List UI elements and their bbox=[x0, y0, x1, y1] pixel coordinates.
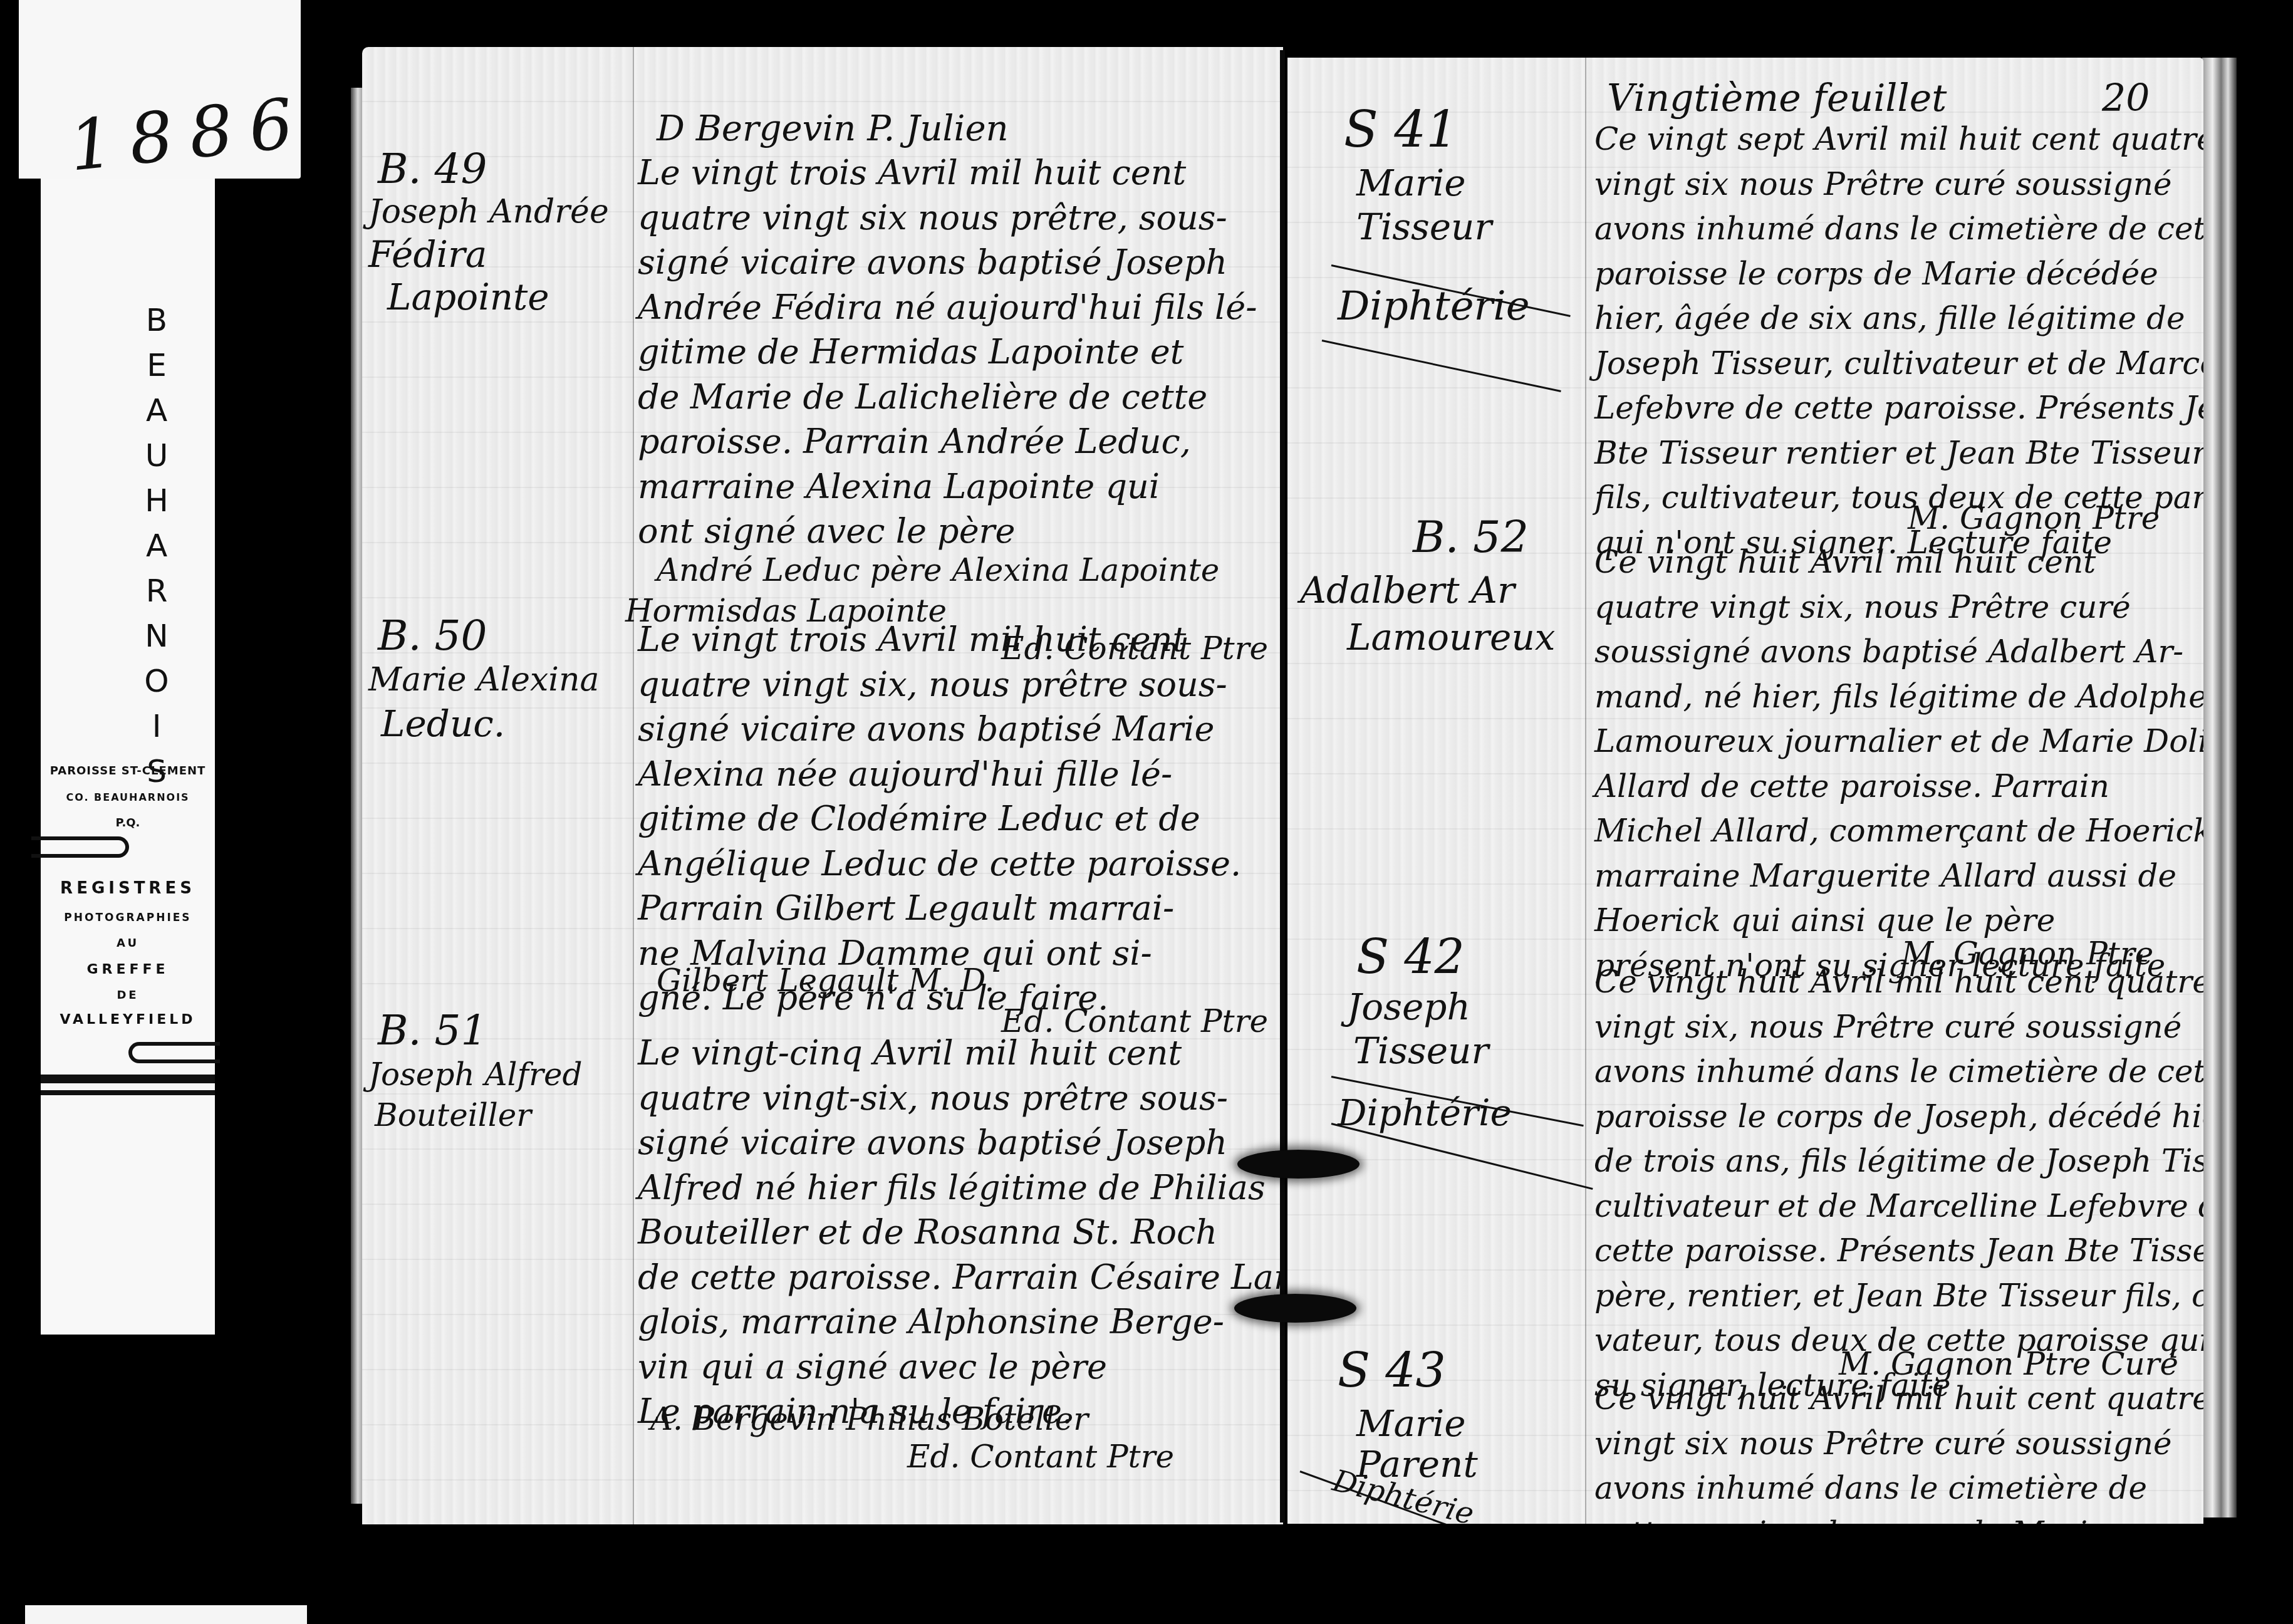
body-line: vingt six nous Prêtre curé soussigné bbox=[1594, 1422, 2203, 1467]
town-name-vertical: B E A U H A R N O I S bbox=[138, 298, 175, 794]
folio-header: Vingtième feuillet bbox=[1607, 76, 1947, 121]
archive-label-strip: B E A U H A R N O I S PAROISSE ST-CLEMEN… bbox=[41, 179, 215, 1335]
priest-signature: Ed. Contant Ptre bbox=[907, 1435, 1174, 1479]
body-line: signé vicaire avons baptisé Joseph bbox=[638, 240, 1257, 285]
body-line: mand, né hier, fils légitime de Adolphe bbox=[1594, 675, 2203, 720]
entry-name: Leduc. bbox=[381, 702, 505, 746]
body-line: Lamoureux journalier et de Marie Dolia bbox=[1594, 719, 2203, 764]
signature: André Leduc père Alexina Lapointe bbox=[657, 548, 1219, 593]
body-line: marraine Marguerite Allard aussi de bbox=[1594, 854, 2203, 899]
body-line: quatre vingt six, nous Prêtre curé bbox=[1594, 585, 2203, 630]
body-line: quatre vingt six nous prêtre, sous- bbox=[638, 195, 1257, 241]
province-label: P.Q. bbox=[41, 816, 215, 830]
letter: E bbox=[147, 343, 167, 388]
body-line: Ce vingt sept Avril mil huit cent quatre bbox=[1594, 117, 2203, 162]
body-line: père, rentier, et Jean Bte Tisseur fils,… bbox=[1594, 1274, 2203, 1319]
entry-number: B. 51 bbox=[378, 1009, 487, 1053]
entry-number: B. 52 bbox=[1413, 515, 1529, 559]
parish-label: PAROISSE ST-CLEMENT bbox=[41, 764, 215, 778]
body-line: avons inhumé dans le cimetière de bbox=[1594, 1466, 2203, 1511]
entry-number: S 41 bbox=[1344, 108, 1458, 152]
letter: A bbox=[146, 523, 167, 568]
letter: U bbox=[145, 433, 169, 478]
body-line: paroisse. Parrain Andrée Leduc, bbox=[638, 419, 1257, 464]
body-line: Le vingt-cinq Avril mil huit cent bbox=[638, 1031, 1283, 1076]
de-label: DE bbox=[41, 989, 215, 1002]
entry-name: Joseph Andrée bbox=[368, 190, 609, 234]
cause-of-death: Diphtérie bbox=[1338, 1091, 1512, 1134]
body-line: Andrée Fédira né aujourd'hui fils lé- bbox=[638, 285, 1257, 330]
top-note: D Bergevin P. Julien bbox=[657, 107, 1009, 151]
body-line: vingt six, nous Prêtre curé soussigné bbox=[1594, 1005, 2203, 1050]
photographies-label: PHOTOGRAPHIES bbox=[41, 912, 215, 924]
body-line: vingt six nous Prêtre curé soussigné bbox=[1594, 162, 2203, 207]
body-line: ont signé avec le père bbox=[638, 509, 1257, 554]
body-line: Le vingt trois Avril mil huit cent bbox=[638, 150, 1257, 195]
au-label: AU bbox=[41, 937, 215, 950]
body-line: marraine Alexina Lapointe qui bbox=[638, 464, 1257, 509]
body-line: Bte Tisseur rentier et Jean Bte Tisseur bbox=[1594, 431, 2203, 476]
body-line: cultivateur et de Marcelline Lefebvre de bbox=[1594, 1184, 2203, 1229]
body-line: quatre vingt six, nous prêtre sous- bbox=[638, 662, 1241, 707]
body-line: paroisse le corps de Marie décédée bbox=[1594, 252, 2203, 297]
county-label: CO. BEAUHARNOIS bbox=[41, 791, 215, 803]
year-label-card: 1886 bbox=[19, 0, 301, 179]
entry-body: Ce vingt huit Avril mil huit cent quatre… bbox=[1594, 1377, 2203, 1524]
entry-name: Fédira bbox=[368, 232, 487, 276]
body-line: Joseph Tisseur, cultivateur et de Marcel… bbox=[1594, 341, 2203, 387]
entry-body: Ce vingt huit Avril mil huit cent quatre… bbox=[1594, 540, 2203, 988]
entry-name: Marie bbox=[1356, 1402, 1466, 1445]
entry-name: Lamoureux bbox=[1347, 615, 1555, 659]
body-line: cette paroisse. Présents Jean Bte Tisseu… bbox=[1594, 1229, 2203, 1274]
body-line: Lefebvre de cette paroisse. Présents Jea… bbox=[1594, 386, 2203, 431]
entry-body: Ce vingt huit Avril mil huit cent quatre… bbox=[1594, 960, 2203, 1408]
entry-name: Bouteiller bbox=[375, 1093, 531, 1137]
priest-signature: M. Gagnon Ptre bbox=[1908, 496, 2160, 541]
body-line: soussigné avons baptisé Adalbert Ar- bbox=[1594, 630, 2203, 675]
entry-number: S 43 bbox=[1338, 1348, 1446, 1392]
body-line: glois, marraine Alphonsine Berge- bbox=[638, 1299, 1283, 1345]
margin-rule bbox=[633, 47, 634, 1524]
left-page: D Bergevin P. Julien B. 49 Joseph Andrée… bbox=[362, 47, 1283, 1524]
body-line: avons inhumé dans le cimetière de cette bbox=[1594, 1049, 2203, 1095]
entry-number: B. 50 bbox=[378, 614, 487, 658]
body-line: gitime de Hermidas Lapointe et bbox=[638, 330, 1257, 375]
body-line: signé vicaire avons baptisé Joseph bbox=[638, 1120, 1283, 1165]
letter: H bbox=[145, 478, 169, 523]
entry-name: Tisseur bbox=[1353, 1029, 1489, 1073]
body-line: vin qui a signé avec le père bbox=[638, 1345, 1283, 1390]
entry-name: Adalbert Ar bbox=[1300, 568, 1515, 612]
body-line: de cette paroisse. Parrain Césaire Lan- bbox=[638, 1255, 1283, 1300]
body-line: Ce vingt huit Avril mil huit cent quatre bbox=[1594, 960, 2203, 1005]
right-page-edge bbox=[2202, 58, 2237, 1517]
entry-name: Lapointe bbox=[387, 275, 549, 319]
body-line: quatre vingt-six, nous prêtre sous- bbox=[638, 1076, 1283, 1121]
cause-of-death: Diphtérie bbox=[1338, 283, 1530, 330]
body-line: Alfred né hier fils légitime de Philias bbox=[638, 1165, 1283, 1210]
letter: R bbox=[146, 568, 168, 613]
body-line: Alexina née aujourd'hui fille lé- bbox=[638, 752, 1241, 797]
binder-clip bbox=[1234, 1294, 1356, 1323]
body-line: Angélique Leduc de cette paroisse. bbox=[638, 841, 1241, 887]
body-line: Parrain Gilbert Legault marrai- bbox=[638, 886, 1241, 931]
right-page: Vingtième feuillet 20 S 41 Marie Tisseur… bbox=[1287, 58, 2203, 1524]
cause-underline bbox=[1322, 340, 1561, 392]
letter: N bbox=[145, 613, 168, 658]
letter: A bbox=[146, 388, 167, 433]
letter: O bbox=[144, 658, 169, 704]
entry-name: Joseph Alfred bbox=[368, 1053, 583, 1096]
entry-name: Marie bbox=[1356, 161, 1466, 205]
body-line: Michel Allard, commerçant de Hoerick, bbox=[1594, 809, 2203, 854]
body-line: avons inhumé dans le cimetière de cette bbox=[1594, 207, 2203, 252]
entry-number: B. 49 bbox=[378, 147, 487, 191]
binding-band bbox=[41, 1090, 215, 1095]
body-line: de trois ans, fils légitime de Joseph Ti… bbox=[1594, 1139, 2203, 1184]
body-line: signé vicaire avons baptisé Marie bbox=[638, 707, 1241, 752]
signature: Gilbert Legault M. D. bbox=[657, 959, 994, 1003]
body-line: cette paroisse le corps de Marie bbox=[1594, 1511, 2203, 1524]
body-line: hier, âgée de six ans, fille légitime de bbox=[1594, 296, 2203, 341]
greffe-label: GREFFE bbox=[41, 962, 215, 977]
entry-body: Le vingt trois Avril mil huit cent quatr… bbox=[638, 150, 1257, 554]
body-line: Ce vingt huit Avril mil huit cent bbox=[1594, 540, 2203, 585]
body-line: Le vingt trois Avril mil huit cent bbox=[638, 617, 1241, 662]
entry-number: S 42 bbox=[1356, 935, 1465, 979]
year-label: 1886 bbox=[65, 81, 313, 186]
entry-name: Joseph bbox=[1347, 985, 1470, 1029]
body-line: Bouteiller et de Rosanna St. Roch bbox=[638, 1210, 1283, 1255]
entry-body: Le vingt-cinq Avril mil huit cent quatre… bbox=[638, 1031, 1283, 1434]
bottom-label-strip bbox=[25, 1605, 307, 1624]
binder-clip bbox=[1237, 1150, 1360, 1179]
city-label: VALLEYFIELD bbox=[41, 1012, 215, 1028]
paperclip-icon bbox=[128, 1042, 220, 1063]
body-line: Allard de cette paroisse. Parrain bbox=[1594, 764, 2203, 809]
body-line: de Marie de Lalichelière de cette bbox=[638, 375, 1257, 420]
entry-name: Marie Alexina bbox=[368, 658, 599, 702]
entry-name: Tisseur bbox=[1356, 205, 1492, 249]
folio-number: 20 bbox=[2102, 76, 2150, 121]
letter: B bbox=[146, 298, 167, 343]
body-line: Ce vingt huit Avril mil huit cent quatre bbox=[1594, 1377, 2203, 1422]
margin-rule bbox=[1585, 58, 1586, 1524]
body-line: gitime de Clodémire Leduc et de bbox=[638, 796, 1241, 841]
binding-band bbox=[41, 1075, 215, 1083]
registres-label: REGISTRES bbox=[41, 879, 215, 898]
letter: I bbox=[152, 704, 162, 749]
paperclip-icon bbox=[31, 836, 129, 858]
body-line: paroisse le corps de Joseph, décédé hier… bbox=[1594, 1095, 2203, 1140]
